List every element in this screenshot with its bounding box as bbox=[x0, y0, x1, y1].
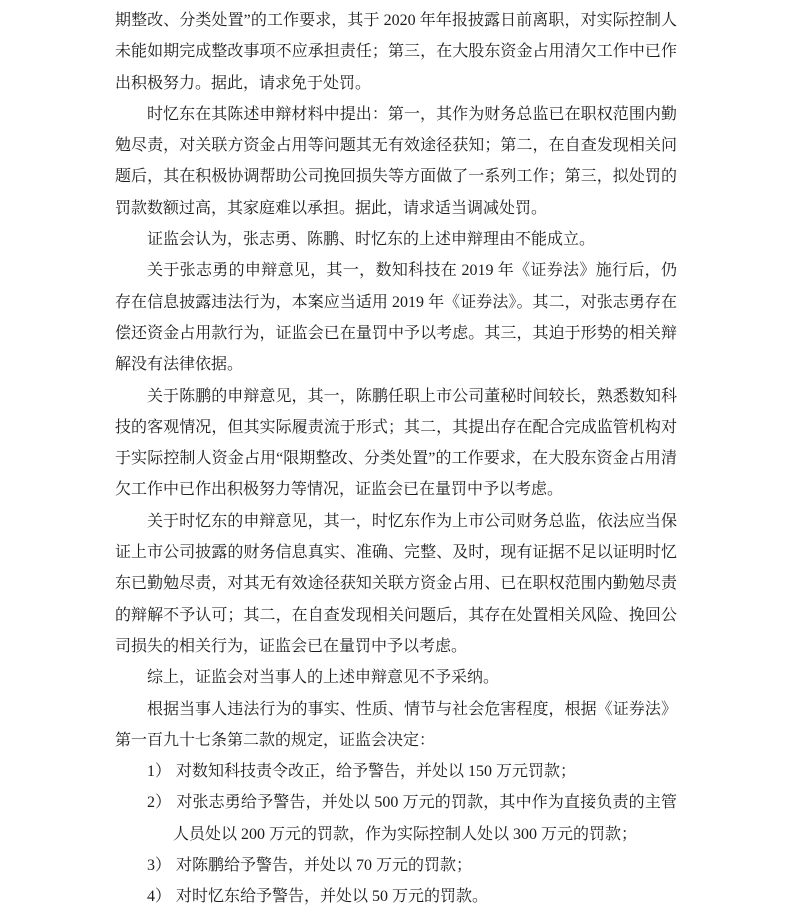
decision-item-3: 3）对陈鹏给予警告，并处以 70 万元的罚款； bbox=[115, 850, 677, 881]
paragraph-shi-yidong-defense: 时忆东在其陈述申辩材料中提出：第一，其作为财务总监已在职权范围内勤勉尽责，对关联… bbox=[115, 99, 677, 224]
decision-item-1-text: 对数知科技责令改正，给予警告，并处以 150 万元罚款； bbox=[176, 763, 576, 780]
decision-item-1: 1）对数知科技责令改正，给予警告，并处以 150 万元罚款； bbox=[115, 756, 677, 787]
document-page: 期整改、分类处置”的工作要求，其于 2020 年年报披露日前离职，对实际控制人未… bbox=[0, 0, 790, 915]
paragraph-csrc-conclusion-intro: 证监会认为，张志勇、陈鹏、时忆东的上述申辩理由不能成立。 bbox=[115, 224, 677, 255]
decision-item-4-text: 对时忆东给予警告，并处以 50 万元的罚款。 bbox=[176, 888, 488, 905]
decision-item-2-number: 2） bbox=[147, 794, 171, 811]
decision-item-4-number: 4） bbox=[147, 888, 171, 905]
decision-item-2-text: 对张志勇给予警告，并处以 500 万元的罚款，其中作为直接负责的主管人员处以 2… bbox=[173, 794, 677, 842]
decision-item-2: 2）对张志勇给予警告，并处以 500 万元的罚款，其中作为直接负责的主管人员处以… bbox=[115, 787, 677, 850]
decision-item-1-number: 1） bbox=[147, 763, 171, 780]
decision-item-4: 4）对时忆东给予警告，并处以 50 万元的罚款。 bbox=[115, 881, 677, 912]
paragraph-summary-rejection: 综上，证监会对当事人的上述申辩意见不予采纳。 bbox=[115, 662, 677, 693]
paragraph-zhang-zhiyong-opinion: 关于张志勇的申辩意见，其一，数知科技在 2019 年《证券法》施行后，仍存在信息… bbox=[115, 255, 677, 380]
paragraph-continuation: 期整改、分类处置”的工作要求，其于 2020 年年报披露日前离职，对实际控制人未… bbox=[115, 5, 677, 99]
decision-item-3-text: 对陈鹏给予警告，并处以 70 万元的罚款； bbox=[176, 857, 472, 874]
paragraph-shi-yidong-opinion: 关于时忆东的申辩意见，其一，时忆东作为上市公司财务总监，依法应当保证上市公司披露… bbox=[115, 506, 677, 662]
decision-item-3-number: 3） bbox=[147, 857, 171, 874]
paragraph-chen-peng-opinion: 关于陈鹏的申辩意见，其一，陈鹏任职上市公司董秘时间较长，熟悉数知科技的客观情况，… bbox=[115, 381, 677, 506]
paragraph-legal-basis: 根据当事人违法行为的事实、性质、情节与社会危害程度，根据《证券法》第一百九十七条… bbox=[115, 694, 677, 757]
